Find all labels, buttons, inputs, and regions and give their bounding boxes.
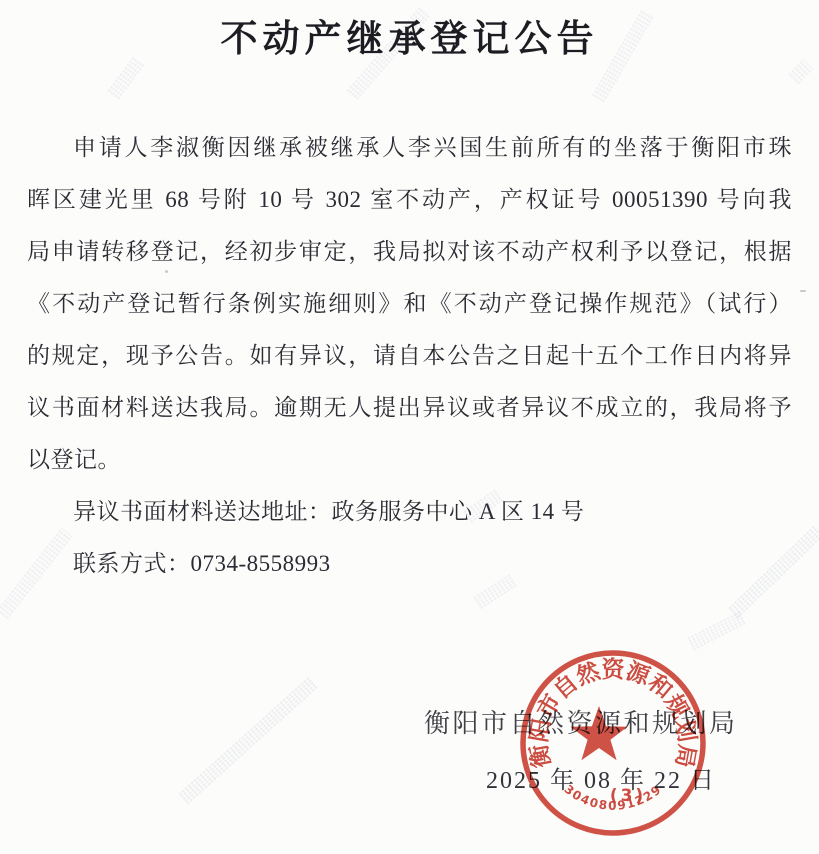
document-page: 不动产继承登记公告 申请人李淑衡因继承被继承人李兴国生前所有的坐落于衡阳市珠 晖… bbox=[0, 0, 819, 854]
body-line: 申请人李淑衡因继承被继承人李兴国生前所有的坐落于衡阳市珠 bbox=[27, 122, 792, 174]
contact-line: 联系方式：0734-8558993 bbox=[27, 538, 792, 590]
address-line: 异议书面材料送达地址：政务服务中心 A 区 14 号 bbox=[27, 486, 792, 538]
watermark-streak bbox=[178, 677, 319, 806]
official-seal-stamp: 衡阳市自然资源和规划局 (3) 4304080912297 bbox=[513, 643, 713, 843]
page-title: 不动产继承登记公告 bbox=[0, 8, 819, 62]
body-line: 晖区建光里 68 号附 10 号 302 室不动产，产权证号 00051390 … bbox=[27, 174, 792, 226]
body-text: 申请人李淑衡因继承被继承人李兴国生前所有的坐落于衡阳市珠 晖区建光里 68 号附… bbox=[27, 122, 792, 590]
body-line: 局申请转移登记，经初步审定，我局拟对该不动产权利予以登记，根据 bbox=[27, 226, 792, 278]
scan-noise-speck bbox=[800, 290, 806, 292]
body-line: 议书面材料送达我局。逾期无人提出异议或者异议不成立的，我局将予 bbox=[27, 382, 792, 434]
body-line: 的规定，现予公告。如有异议，请自本公告之日起十五个工作日内将异 bbox=[27, 330, 792, 382]
watermark-streak bbox=[787, 59, 814, 86]
watermark-streak bbox=[107, 55, 147, 101]
body-line: 《不动产登记暂行条例实施细则》和《不动产登记操作规范》（试行） bbox=[27, 278, 792, 330]
star-icon bbox=[571, 706, 628, 760]
body-line: 以登记。 bbox=[27, 434, 792, 486]
